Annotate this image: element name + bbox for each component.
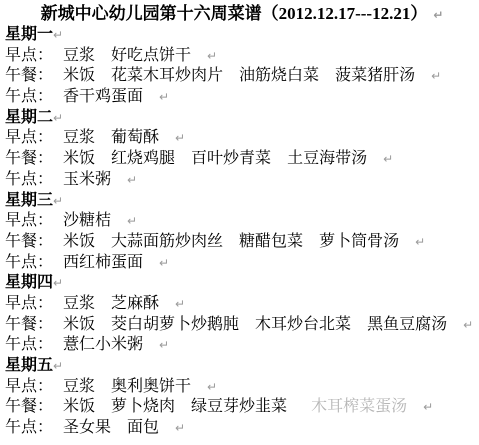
menu-item: 芝麻酥 [111, 295, 159, 312]
paragraph-return-icon: ↵ [175, 131, 185, 145]
day-rows: 早点：豆浆芝麻酥↵ 午餐：米饭茭白胡萝卜炒鹅肫木耳炒台北菜黑鱼豆腐汤↵ 午点：薏… [5, 294, 479, 356]
paragraph-return-icon: ↵ [463, 318, 473, 332]
menu-item: 木耳炒台北菜 [255, 316, 351, 333]
day-header: 星期三↵ [5, 191, 479, 212]
menu-row: 早点：沙糖桔↵ [5, 211, 479, 232]
meal-label: 午餐： [5, 150, 53, 167]
meal-label: 早点： [5, 295, 53, 312]
meal-label: 午餐： [5, 316, 53, 333]
menu-item: 木耳榨菜蛋汤 [311, 398, 407, 415]
day-rows: 早点：沙糖桔↵ 午餐：米饭大蒜面筋炒肉丝糖醋包菜萝卜筒骨汤↵ 午点：西红柿蛋面↵ [5, 211, 479, 273]
menu-item: 绿豆芽炒韭菜 [191, 398, 287, 415]
day-rows: 早点：豆浆奥利奥饼干↵ 午餐：米饭萝卜烧肉绿豆芽炒韭菜木耳榨菜蛋汤↵ 午点：圣女… [5, 377, 479, 439]
menu-row: 早点：豆浆奥利奥饼干↵ [5, 377, 479, 398]
menu-item: 豆浆 [63, 129, 95, 146]
menu-item: 大蒜面筋炒肉丝 [111, 233, 223, 250]
menu-item: 米饭 [63, 233, 95, 250]
meal-label: 早点： [5, 212, 53, 229]
day-header: 星期四↵ [5, 273, 479, 294]
menu-row: 午点：圣女果面包↵ [5, 418, 479, 439]
menu-row: 早点：豆浆葡萄酥↵ [5, 128, 479, 149]
meal-label: 午餐： [5, 398, 53, 415]
menu-item: 豆浆 [63, 378, 95, 395]
menu-document: 新城中心幼儿园第十六周菜谱（2012.12.17---12.21）↵ 星期一↵ … [0, 0, 479, 445]
days-container: 星期一↵ 早点：豆浆好吃点饼干↵ 午餐：米饭花菜木耳炒肉片油筋烧白菜菠菜猪肝汤↵… [5, 25, 479, 439]
row-items: 豆浆芝麻酥 [63, 295, 175, 312]
meal-label: 午点： [5, 419, 53, 436]
menu-item: 土豆海带汤 [287, 150, 367, 167]
day-section: 星期四↵ 早点：豆浆芝麻酥↵ 午餐：米饭茭白胡萝卜炒鹅肫木耳炒台北菜黑鱼豆腐汤↵… [5, 273, 479, 356]
menu-item: 萝卜筒骨汤 [319, 233, 399, 250]
menu-item: 圣女果 [63, 419, 111, 436]
menu-item: 米饭 [63, 150, 95, 167]
row-items: 香干鸡蛋面 [63, 88, 159, 105]
paragraph-return-icon: ↵ [159, 256, 169, 270]
title-line: 新城中心幼儿园第十六周菜谱（2012.12.17---12.21）↵ [5, 2, 479, 25]
menu-item: 米饭 [63, 398, 95, 415]
row-items: 米饭红烧鸡腿百叶炒青菜土豆海带汤 [63, 150, 383, 167]
row-items: 薏仁小米粥 [63, 336, 159, 353]
menu-row: 午餐：米饭萝卜烧肉绿豆芽炒韭菜木耳榨菜蛋汤↵ [5, 397, 479, 418]
menu-row: 午餐：米饭花菜木耳炒肉片油筋烧白菜菠菜猪肝汤↵ [5, 66, 479, 87]
menu-item: 面包 [127, 419, 159, 436]
menu-row: 午点：玉米粥↵ [5, 170, 479, 191]
row-items: 豆浆好吃点饼干 [63, 47, 207, 64]
menu-row: 午点：西红柿蛋面↵ [5, 253, 479, 274]
menu-item: 豆浆 [63, 295, 95, 312]
meal-label: 午点： [5, 254, 53, 271]
menu-item: 油筋烧白菜 [239, 67, 319, 84]
meal-label: 早点： [5, 378, 53, 395]
paragraph-return-icon: ↵ [53, 359, 63, 373]
day-section: 星期二↵ 早点：豆浆葡萄酥↵ 午餐：米饭红烧鸡腿百叶炒青菜土豆海带汤↵ 午点：玉… [5, 108, 479, 191]
menu-row: 午餐：米饭红烧鸡腿百叶炒青菜土豆海带汤↵ [5, 149, 479, 170]
menu-item: 米饭 [63, 316, 95, 333]
day-header: 星期一↵ [5, 25, 479, 46]
row-items: 米饭花菜木耳炒肉片油筋烧白菜菠菜猪肝汤 [63, 67, 431, 84]
day-name: 星期四 [5, 274, 53, 291]
meal-label: 午点： [5, 171, 53, 188]
menu-item: 好吃点饼干 [111, 47, 191, 64]
menu-item: 西红柿蛋面 [63, 254, 143, 271]
paragraph-return-icon: ↵ [53, 111, 63, 125]
menu-item: 奥利奥饼干 [111, 378, 191, 395]
day-rows: 早点：豆浆好吃点饼干↵ 午餐：米饭花菜木耳炒肉片油筋烧白菜菠菜猪肝汤↵ 午点：香… [5, 46, 479, 108]
day-name: 星期一 [5, 26, 53, 43]
paragraph-return-icon: ↵ [383, 152, 393, 166]
paragraph-return-icon: ↵ [175, 297, 185, 311]
menu-item: 萝卜烧肉 [111, 398, 175, 415]
day-name: 星期二 [5, 109, 53, 126]
paragraph-return-icon: ↵ [127, 173, 137, 187]
paragraph-return-icon: ↵ [53, 276, 63, 290]
paragraph-return-icon: ↵ [415, 235, 425, 249]
row-items: 沙糖桔 [63, 212, 127, 229]
row-items: 西红柿蛋面 [63, 254, 159, 271]
day-section: 星期五↵ 早点：豆浆奥利奥饼干↵ 午餐：米饭萝卜烧肉绿豆芽炒韭菜木耳榨菜蛋汤↵ … [5, 356, 479, 439]
menu-item: 茭白胡萝卜炒鹅肫 [111, 316, 239, 333]
meal-label: 午点： [5, 88, 53, 105]
menu-item: 百叶炒青菜 [191, 150, 271, 167]
meal-label: 午餐： [5, 67, 53, 84]
paragraph-return-icon: ↵ [431, 69, 441, 83]
paragraph-return-icon: ↵ [423, 400, 433, 414]
menu-item: 米饭 [63, 67, 95, 84]
menu-item: 玉米粥 [63, 171, 111, 188]
menu-item: 黑鱼豆腐汤 [367, 316, 447, 333]
menu-item: 薏仁小米粥 [63, 336, 143, 353]
meal-label: 午餐： [5, 233, 53, 250]
menu-item: 沙糖桔 [63, 212, 111, 229]
menu-item: 花菜木耳炒肉片 [111, 67, 223, 84]
row-items: 豆浆葡萄酥 [63, 129, 175, 146]
menu-row: 午点：香干鸡蛋面↵ [5, 87, 479, 108]
paragraph-return-icon: ↵ [175, 421, 185, 435]
menu-item: 葡萄酥 [111, 129, 159, 146]
day-section: 星期一↵ 早点：豆浆好吃点饼干↵ 午餐：米饭花菜木耳炒肉片油筋烧白菜菠菜猪肝汤↵… [5, 25, 479, 108]
day-section: 星期三↵ 早点：沙糖桔↵ 午餐：米饭大蒜面筋炒肉丝糖醋包菜萝卜筒骨汤↵ 午点：西… [5, 191, 479, 274]
row-items: 圣女果面包 [63, 419, 175, 436]
menu-row: 早点：豆浆芝麻酥↵ [5, 294, 479, 315]
paragraph-return-icon: ↵ [207, 49, 217, 63]
row-items: 玉米粥 [63, 171, 127, 188]
paragraph-return-icon: ↵ [433, 8, 443, 22]
day-rows: 早点：豆浆葡萄酥↵ 午餐：米饭红烧鸡腿百叶炒青菜土豆海带汤↵ 午点：玉米粥↵ [5, 128, 479, 190]
menu-item: 香干鸡蛋面 [63, 88, 143, 105]
meal-label: 早点： [5, 129, 53, 146]
paragraph-return-icon: ↵ [53, 28, 63, 42]
row-items: 米饭大蒜面筋炒肉丝糖醋包菜萝卜筒骨汤 [63, 233, 415, 250]
row-items: 米饭茭白胡萝卜炒鹅肫木耳炒台北菜黑鱼豆腐汤 [63, 316, 463, 333]
menu-row: 午餐：米饭茭白胡萝卜炒鹅肫木耳炒台北菜黑鱼豆腐汤↵ [5, 315, 479, 336]
meal-label: 午点： [5, 336, 53, 353]
day-name: 星期三 [5, 192, 53, 209]
menu-item: 红烧鸡腿 [111, 150, 175, 167]
paragraph-return-icon: ↵ [127, 214, 137, 228]
menu-row: 午点：薏仁小米粥↵ [5, 335, 479, 356]
page-title: 新城中心幼儿园第十六周菜谱（2012.12.17---12.21） [41, 4, 428, 23]
day-name: 星期五 [5, 357, 53, 374]
menu-row: 午餐：米饭大蒜面筋炒肉丝糖醋包菜萝卜筒骨汤↵ [5, 232, 479, 253]
paragraph-return-icon: ↵ [159, 338, 169, 352]
menu-item: 豆浆 [63, 47, 95, 64]
menu-item: 菠菜猪肝汤 [335, 67, 415, 84]
row-items: 豆浆奥利奥饼干 [63, 378, 207, 395]
day-header: 星期五↵ [5, 356, 479, 377]
day-header: 星期二↵ [5, 108, 479, 129]
paragraph-return-icon: ↵ [159, 90, 169, 104]
paragraph-return-icon: ↵ [207, 380, 217, 394]
menu-row: 早点：豆浆好吃点饼干↵ [5, 46, 479, 67]
row-items: 米饭萝卜烧肉绿豆芽炒韭菜木耳榨菜蛋汤 [63, 398, 423, 415]
meal-label: 早点： [5, 47, 53, 64]
menu-item: 糖醋包菜 [239, 233, 303, 250]
paragraph-return-icon: ↵ [53, 194, 63, 208]
